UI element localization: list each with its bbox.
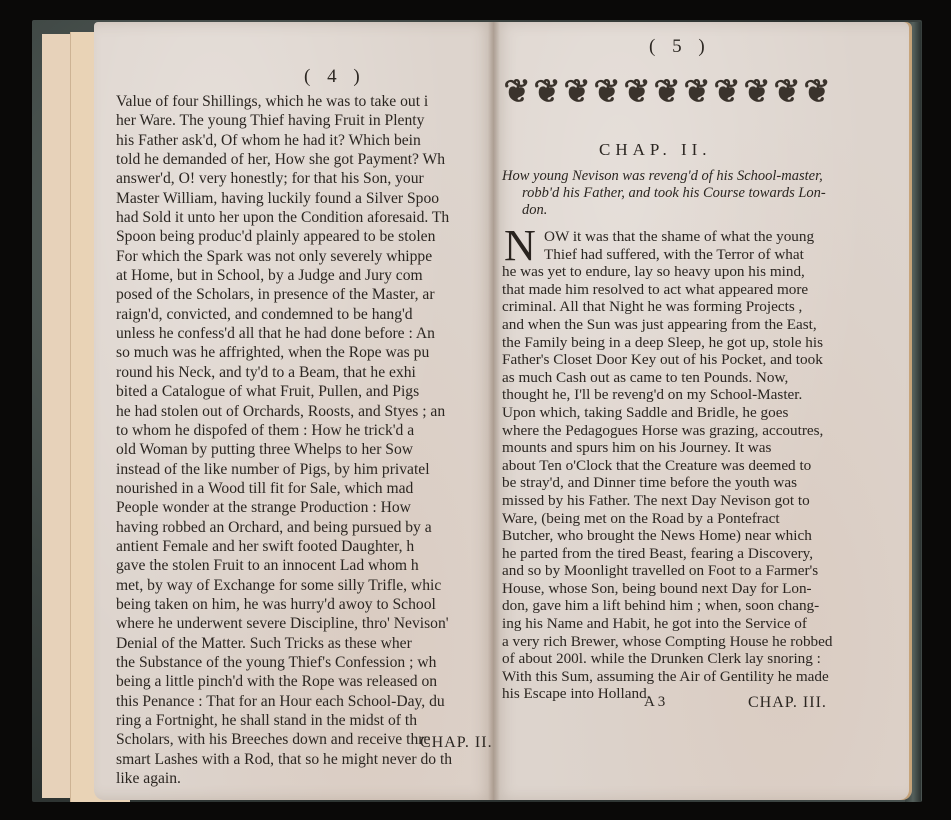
ornament-band: ❦❦❦❦❦❦❦❦❦❦❦ [502,72,832,110]
text-line: where he underwent severe Discipline, th… [116,614,494,633]
text-line: her Ware. The young Thief having Fruit i… [116,111,494,130]
text-line: and so by Moonlight travelled on Foot to… [502,562,874,580]
text-line: criminal. All that Night he was forming … [502,298,874,316]
fleuron-icon: ❦ [742,72,772,110]
text-line: told he demanded of her, How she got Pay… [116,150,494,169]
fleuron-icon: ❦ [562,72,592,110]
fleuron-icon: ❦ [592,72,622,110]
text-line: to whom he dispofed of them : How he tri… [116,421,494,440]
text-line: answer'd, O! very honestly; for that his… [116,169,494,188]
page-number: ( 4 ) [304,66,366,88]
right-page: ( 5 ) ❦❦❦❦❦❦❦❦❦❦❦ CHAP. II. How young Ne… [494,22,912,800]
text-line: instead of the like number of Pigs, by h… [116,460,494,479]
text-line: OW it was that the shame of what the you… [502,228,874,246]
text-line: House, whose Son, being bound next Day f… [502,580,874,598]
text-line: With this Sum, assuming the Air of Genti… [502,668,874,686]
text-line: where the Pedagogues Horse was grazing, … [502,422,874,440]
text-line: antient Female and her swift footed Daug… [116,537,494,556]
text-line: Father's Closet Door Key out of his Pock… [502,351,874,369]
text-line: he was yet to endure, lay so heavy upon … [502,263,874,281]
text-line: nourished in a Wood till fit for Sale, w… [116,479,494,498]
text-line: his Father ask'd, Of whom he had it? Whi… [116,131,494,150]
text-line: of about 200l. while the Drunken Clerk l… [502,650,874,668]
fleuron-icon: ❦ [502,72,532,110]
text-line: smart Lashes with a Rod, that so he migh… [116,750,494,769]
text-line: gave the stolen Fruit to an innocent Lad… [116,556,494,575]
fleuron-icon: ❦ [532,72,562,110]
chapter-heading: CHAP. II. [599,140,712,160]
subtitle-line: How young Nevison was reveng'd of his Sc… [502,168,832,185]
text-line: so much was he affrighted, when the Rope… [116,343,494,362]
subtitle-line: robb'd his Father, and took his Course t… [502,185,832,202]
text-line: a very rich Brewer, whose Compting House… [502,633,874,651]
text-line: having robbed an Orchard, and being purs… [116,518,494,537]
text-line: posed of the Scholars, in presence of th… [116,285,494,304]
left-page: ( 4 ) Value of four Shillings, which he … [94,22,494,800]
fleuron-icon: ❦ [772,72,802,110]
fleuron-icon: ❦ [652,72,682,110]
text-line: Denial of the Matter. Such Tricks as the… [116,634,494,653]
text-line: at Home, but in School, by a Judge and J… [116,266,494,285]
fleuron-icon: ❦ [802,72,832,110]
page-number: ( 5 ) [649,36,711,58]
text-line: Butcher, who brought the News Home) near… [502,527,874,545]
chapter-subtitle: How young Nevison was reveng'd of his Sc… [502,168,832,219]
text-line: being taken on him, he was hurry'd awoy … [116,595,494,614]
text-line: like again. [116,769,494,788]
text-line: Value of four Shillings, which he was to… [116,92,494,111]
text-line: as much Cash out as came to ten Pounds. … [502,369,874,387]
text-line: mounts and spurs him on his Journey. It … [502,439,874,457]
text-line: he parted from the tired Beast, fearing … [502,545,874,563]
text-line: old Woman by putting three Whelps to her… [116,440,494,459]
fleuron-icon: ❦ [682,72,712,110]
text-line: and when the Sun was just appearing from… [502,316,874,334]
text-line: round his Neck, and ty'd to a Beam, that… [116,363,494,382]
text-line: Upon which, taking Saddle and Bridle, he… [502,404,874,422]
text-line: be stray'd, and Dinner time before the y… [502,474,874,492]
text-line: missed by his Father. The next Day Nevis… [502,492,874,510]
text-line: that made him resolved to act what appea… [502,281,874,299]
subtitle-line: don. [502,202,832,219]
catchword: CHAP. II. [420,734,493,752]
catchword: CHAP. III. [748,694,827,712]
text-line: being a little pinch'd with the Rope was… [116,672,494,691]
text-line: ing his Name and Habit, he got into the … [502,615,874,633]
book-gutter [488,22,500,800]
text-line: ring a Fortnight, he shall stand in the … [116,711,494,730]
text-line: he had stolen out of Orchards, Roosts, a… [116,402,494,421]
text-line: Spoon being produc'd plainly appeared to… [116,227,494,246]
text-line: Thief had suffered, with the Terror of w… [502,246,874,264]
text-line: the Substance of the young Thief's Confe… [116,653,494,672]
text-line: bited a Catalogue of what Fruit, Pullen,… [116,382,494,401]
text-line: don, gave him a lift behind him ; when, … [502,597,874,615]
text-line: met, by way of Exchange for some silly T… [116,576,494,595]
text-line: about Ten o'Clock that the Creature was … [502,457,874,475]
signature-mark: A 3 [644,694,665,711]
text-line: this Penance : That for an Hour each Sch… [116,692,494,711]
text-line: the Family being in a deep Sleep, he got… [502,334,874,352]
text-line: had Sold it unto her upon the Condition … [116,208,494,227]
body-text: OW it was that the shame of what the you… [502,228,874,703]
text-line: Master William, having luckily found a S… [116,189,494,208]
text-line: Ware, (being met on the Road by a Pontef… [502,510,874,528]
text-line: thought he, I'll be reveng'd on my Schoo… [502,386,874,404]
text-line: raign'd, convicted, and condemned to be … [116,305,494,324]
body-text: Value of four Shillings, which he was to… [116,92,494,788]
text-line: unless he confess'd all that he had done… [116,324,494,343]
fleuron-icon: ❦ [712,72,742,110]
text-line: People wonder at the strange Production … [116,498,494,517]
fleuron-icon: ❦ [622,72,652,110]
text-line: For which the Spark was not only severel… [116,247,494,266]
